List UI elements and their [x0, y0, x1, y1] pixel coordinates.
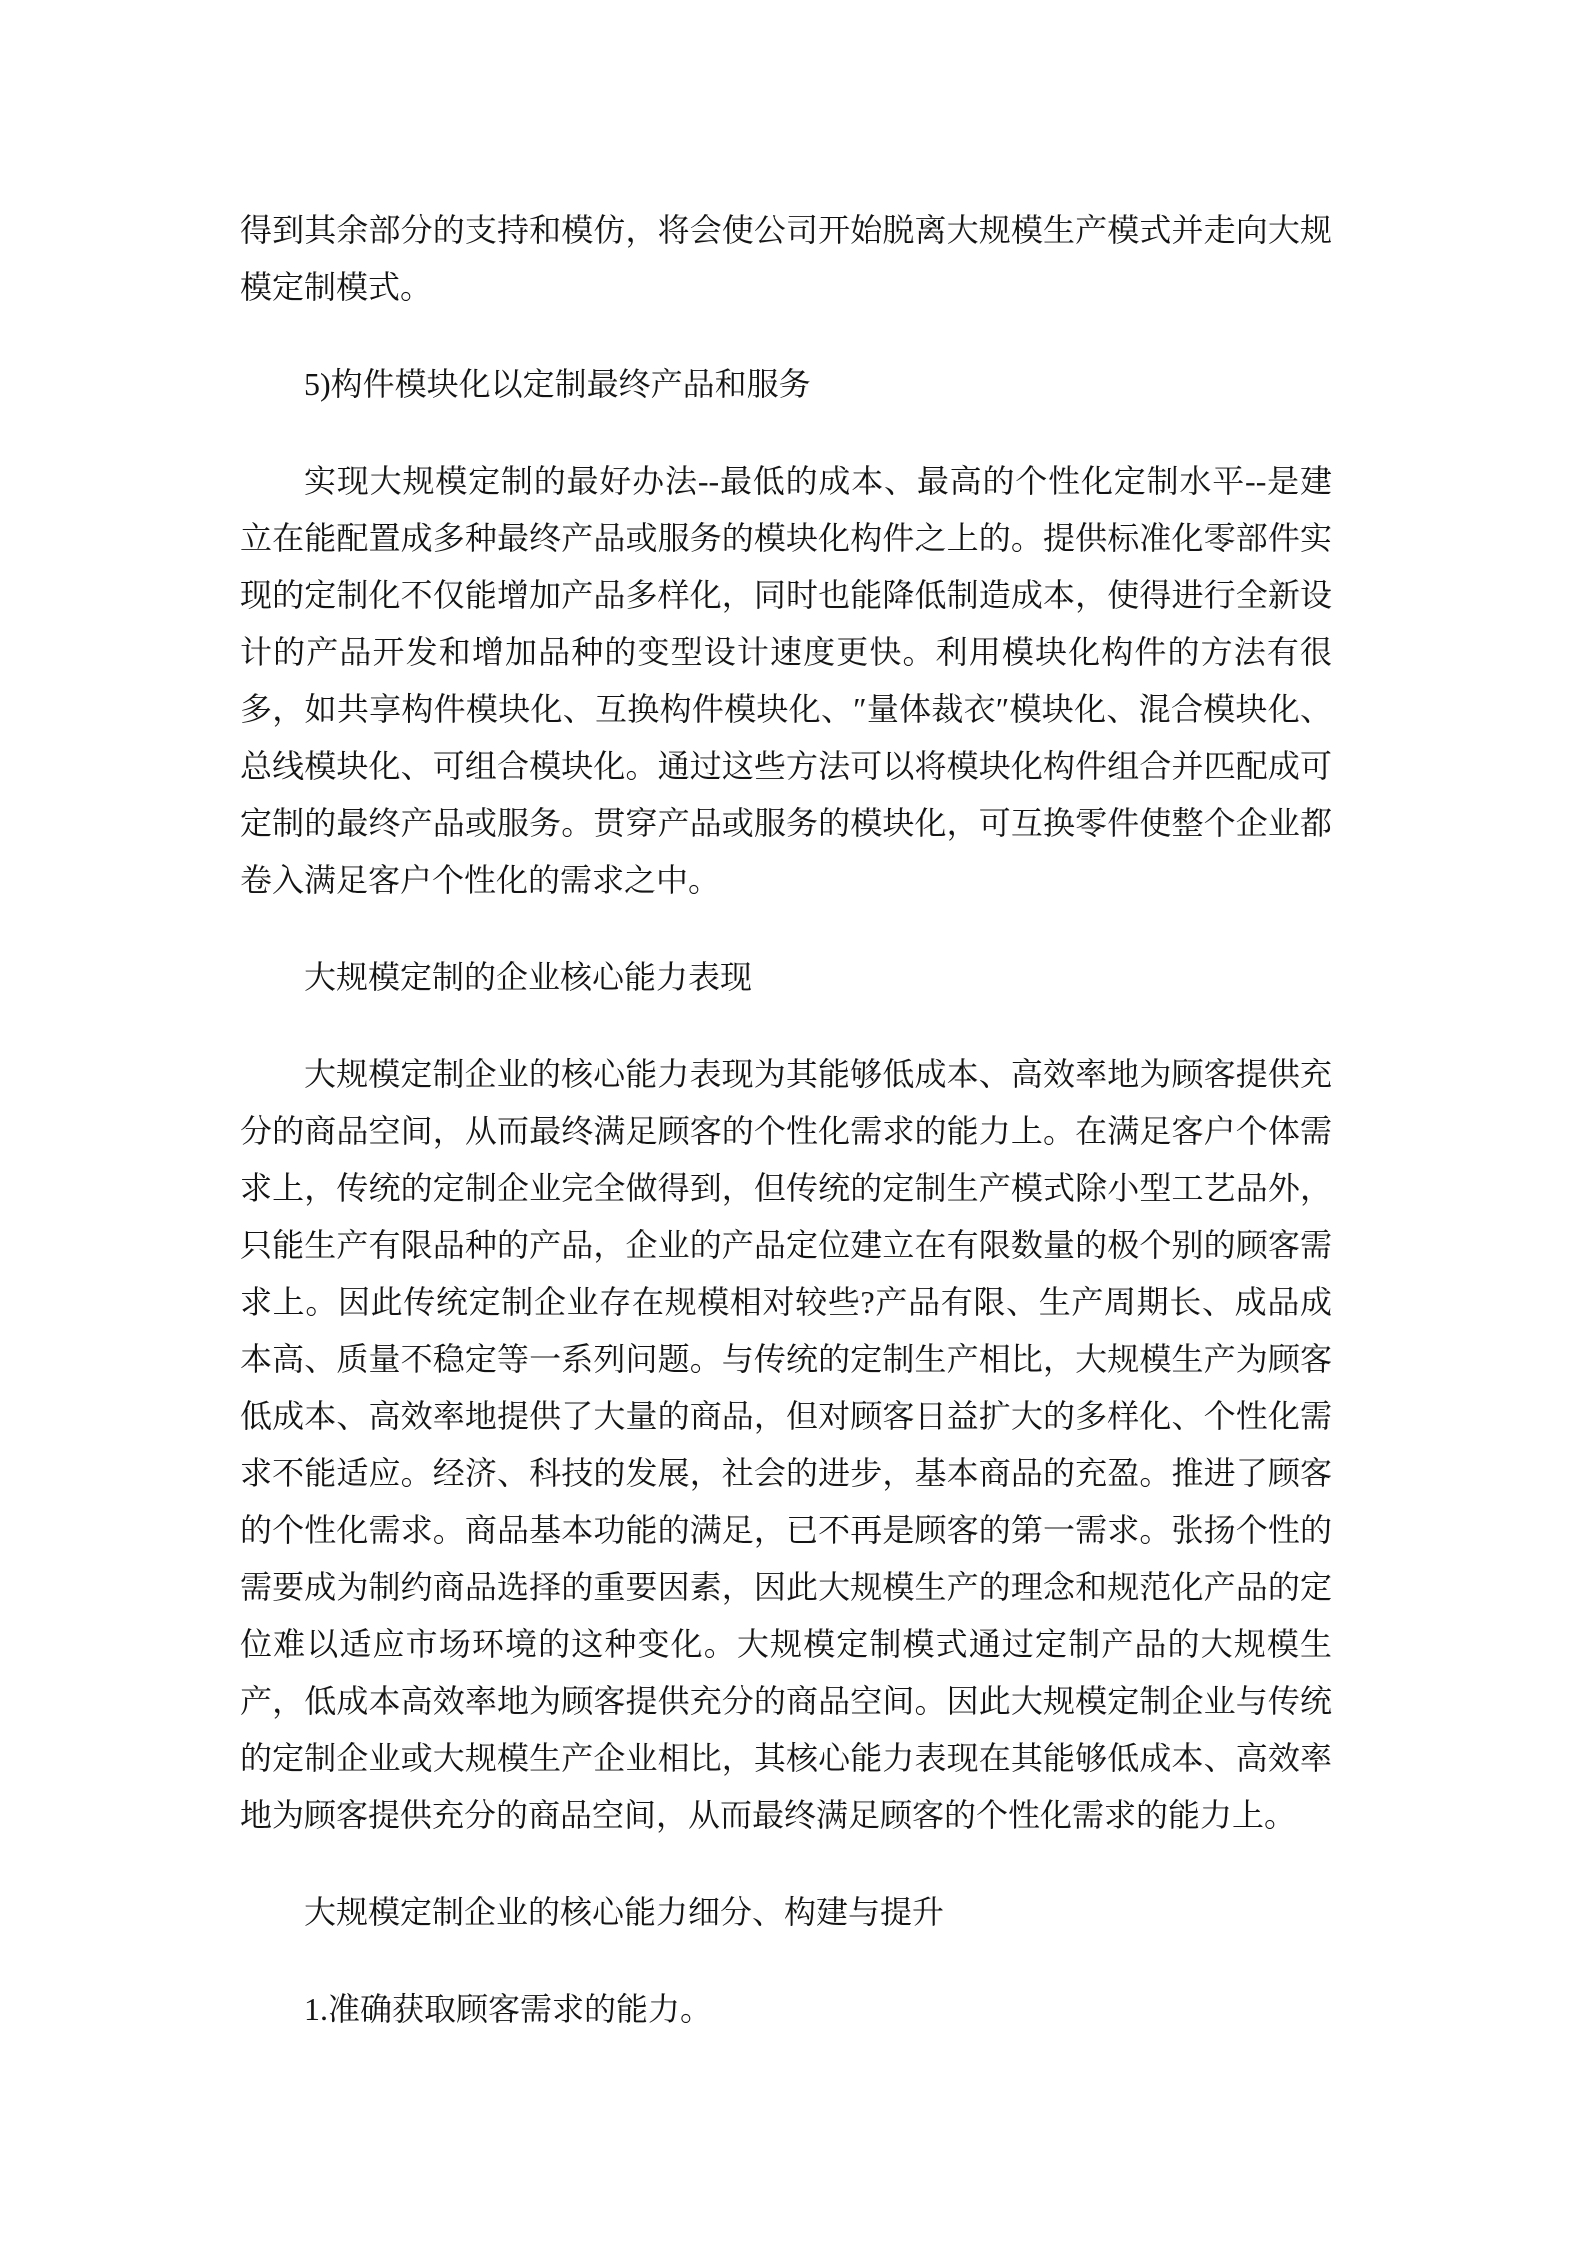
section-heading: 5)构件模块化以定制最终产品和服务: [240, 356, 1332, 413]
document-page: 得到其余部分的支持和模仿，将会使公司开始脱离大规模生产模式并走向大规模定制模式。…: [0, 0, 1587, 2244]
body-paragraph: 得到其余部分的支持和模仿，将会使公司开始脱离大规模生产模式并走向大规模定制模式。: [240, 202, 1332, 316]
section-heading: 大规模定制的企业核心能力表现: [240, 949, 1332, 1006]
section-heading: 1.准确获取顾客需求的能力。: [240, 1981, 1332, 2038]
body-paragraph: 大规模定制企业的核心能力表现为其能够低成本、高效率地为顾客提供充分的商品空间，从…: [240, 1046, 1332, 1844]
document-content: 得到其余部分的支持和模仿，将会使公司开始脱离大规模生产模式并走向大规模定制模式。…: [240, 202, 1332, 2078]
section-heading: 大规模定制企业的核心能力细分、构建与提升: [240, 1884, 1332, 1941]
body-paragraph: 实现大规模定制的最好办法--最低的成本、最高的个性化定制水平--是建立在能配置成…: [240, 453, 1332, 909]
